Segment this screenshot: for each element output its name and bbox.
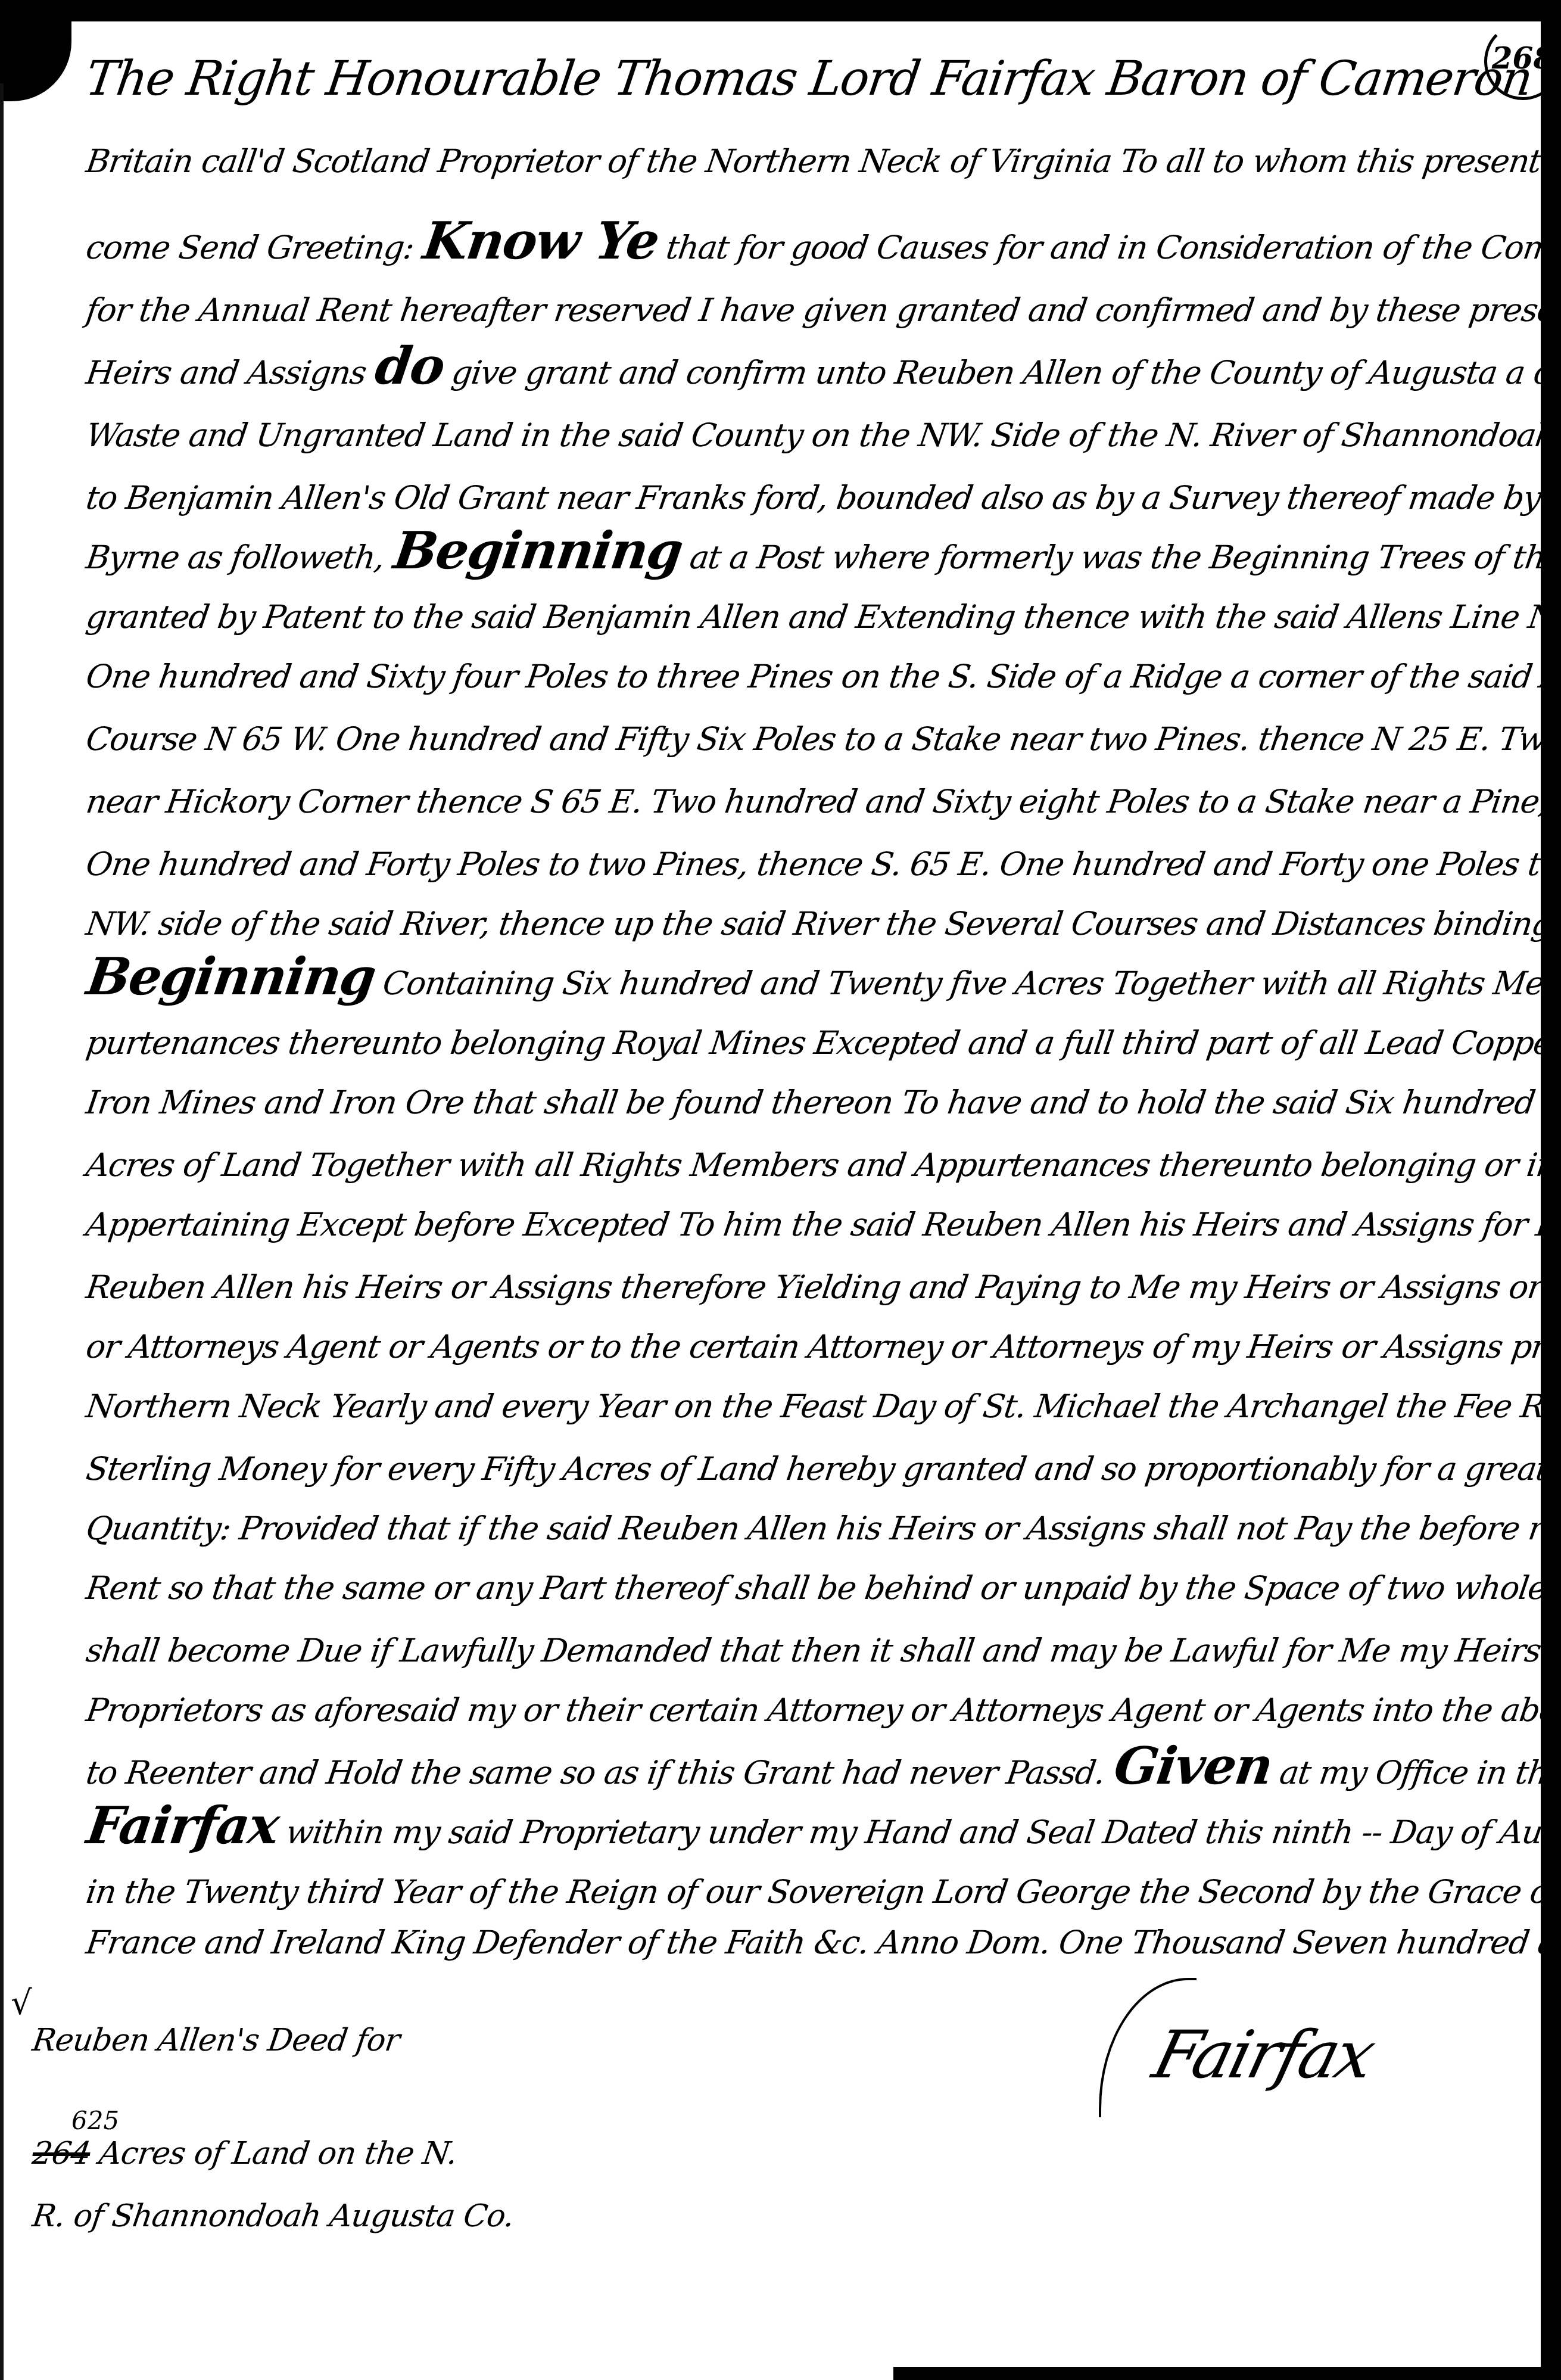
margin-note-line-2: 264 Acres of Land on the N. <box>30 2136 459 2171</box>
scan-left-border <box>0 83 4 2380</box>
text-line: near Hickory Corner thence S 65 E. Two h… <box>83 774 1519 823</box>
manuscript-page: 268 The Right Honourable Thomas Lord Fai… <box>0 0 1561 2380</box>
text-line: One hundred and Sixty four Poles to thre… <box>83 649 1519 698</box>
line-text: in the Twenty third Year of the Reign of… <box>84 1873 1561 1911</box>
line-text: Sterling Money for every Fifty Acres of … <box>84 1450 1561 1488</box>
line-text: Northern Neck Yearly and every Year on t… <box>84 1387 1561 1425</box>
text-line: for the Annual Rent hereafter reserved I… <box>83 283 1519 331</box>
line-text: that for good Causes for and in Consider… <box>655 229 1561 266</box>
emphasized-word: Fairfax <box>83 1796 282 1856</box>
line-text: near Hickory Corner thence S 65 E. Two h… <box>84 783 1561 820</box>
text-line: Acres of Land Together with all Rights M… <box>83 1138 1519 1186</box>
check-mark: √ <box>11 1984 32 2023</box>
scan-top-border <box>0 0 1561 21</box>
line-text: Quantity: Provided that if the said Reub… <box>84 1510 1561 1547</box>
line-text: at a Post where formerly was the Beginni… <box>678 539 1561 576</box>
text-line: Beginning Containing Six hundred and Twe… <box>83 956 1519 1004</box>
line-text: Waste and Ungranted Land in the said Cou… <box>84 416 1561 454</box>
text-line: Rent so that the same or any Part thereo… <box>83 1561 1519 1609</box>
line-text: or Attorneys Agent or Agents or to the c… <box>84 1328 1561 1365</box>
emphasized-word: do <box>372 336 448 396</box>
text-line: Sterling Money for every Fifty Acres of … <box>83 1442 1519 1490</box>
line-text: Reuben Allen his Heirs or Assigns theref… <box>84 1268 1561 1306</box>
line-text: Appertaining Except before Excepted To h… <box>84 1206 1561 1243</box>
text-line: or Attorneys Agent or Agents or to the c… <box>83 1320 1519 1368</box>
line-text: The Right Honourable Thomas Lord Fairfax <box>82 51 1098 106</box>
line-text: for the Annual Rent hereafter reserved I… <box>84 291 1561 329</box>
line-text: Britain call'd Scotland Proprietor of th… <box>84 142 1561 180</box>
text-line: Fairfax within my said Proprietary under… <box>83 1805 1519 1853</box>
line-text: Rent so that the same or any Part thereo… <box>84 1569 1561 1607</box>
text-line: France and Ireland King Defender of the … <box>83 1915 1519 1964</box>
line-text: to Reenter and Hold the same so as if th… <box>84 1754 1117 1791</box>
text-line: Heirs and Assigns do give grant and conf… <box>83 346 1519 394</box>
text-line: Quantity: Provided that if the said Reub… <box>83 1501 1519 1550</box>
line-text: Course N 65 W. One hundred and Fifty Six… <box>84 720 1561 758</box>
text-line: granted by Patent to the said Benjamin A… <box>83 590 1519 638</box>
signature-fairfax: Fairfax <box>1146 2017 1381 2093</box>
emphasized-word: Beginning <box>83 947 379 1007</box>
text-line: Course N 65 W. One hundred and Fifty Six… <box>83 712 1519 760</box>
text-line: The Right Honourable Thomas Lord Fairfax… <box>83 57 1519 99</box>
text-line: Iron Mines and Iron Ore that shall be fo… <box>83 1075 1519 1124</box>
margin-note-line-2-text: Acres of Land on the N. <box>88 2136 459 2171</box>
margin-note-inserted-acreage: 625 <box>71 2106 119 2135</box>
emphasized-word: Beginning <box>390 521 686 581</box>
line-text: give grant and confirm unto Reuben Allen… <box>440 354 1561 391</box>
line-text: Baron of Cameron in that Part of Great <box>1090 51 1561 106</box>
text-line: purtenances thereunto belonging Royal Mi… <box>83 1016 1519 1064</box>
emphasized-word: Know Ye <box>420 211 662 271</box>
line-text: Byrne as followeth, <box>84 539 396 576</box>
text-line: to Benjamin Allen's Old Grant near Frank… <box>83 471 1519 519</box>
line-text: purtenances thereunto belonging Royal Mi… <box>84 1024 1561 1062</box>
line-text: come Send Greeting: <box>84 229 426 266</box>
scan-corner-shadow <box>0 0 71 101</box>
struck-acreage: 264 <box>30 2136 93 2171</box>
line-text: shall become Due if Lawfully Demanded th… <box>84 1632 1561 1669</box>
line-text: within my said Proprietary under my Hand… <box>275 1813 1561 1851</box>
line-text: Proprietors as aforesaid my or their cer… <box>84 1691 1561 1729</box>
line-text: Acres of Land Together with all Rights M… <box>84 1146 1561 1184</box>
margin-note-line-1: Reuben Allen's Deed for <box>30 2023 402 2058</box>
text-line: Appertaining Except before Excepted To h… <box>83 1197 1519 1246</box>
line-text: Iron Mines and Iron Ore that shall be fo… <box>84 1084 1561 1121</box>
line-text: granted by Patent to the said Benjamin A… <box>84 598 1561 636</box>
line-text: Containing Six hundred and Twenty five A… <box>371 965 1561 1002</box>
text-line: come Send Greeting: Know Ye that for goo… <box>83 220 1519 269</box>
line-text: Heirs and Assigns <box>84 354 378 391</box>
text-line: Reuben Allen his Heirs or Assigns theref… <box>83 1260 1519 1308</box>
line-text: at my Office in the County of <box>1268 1754 1561 1791</box>
text-line: Britain call'd Scotland Proprietor of th… <box>83 134 1519 182</box>
text-line: Waste and Ungranted Land in the said Cou… <box>83 408 1519 456</box>
text-line: shall become Due if Lawfully Demanded th… <box>83 1623 1519 1672</box>
text-line: in the Twenty third Year of the Reign of… <box>83 1865 1519 1913</box>
line-text: NW. side of the said River, thence up th… <box>84 905 1561 942</box>
line-text: to Benjamin Allen's Old Grant near Frank… <box>84 479 1561 517</box>
emphasized-word: Given <box>1111 1736 1276 1796</box>
text-line: One hundred and Forty Poles to two Pines… <box>83 837 1519 885</box>
scan-bottom-border <box>893 2367 1561 2380</box>
text-line: to Reenter and Hold the same so as if th… <box>83 1746 1519 1794</box>
text-line: Byrne as followeth, Beginning at a Post … <box>83 530 1519 578</box>
line-text: One hundred and Forty Poles to two Pines… <box>84 845 1561 883</box>
text-line: Northern Neck Yearly and every Year on t… <box>83 1379 1519 1427</box>
line-text: One hundred and Sixty four Poles to thre… <box>84 658 1561 695</box>
text-line: Proprietors as aforesaid my or their cer… <box>83 1683 1519 1731</box>
line-text: France and Ireland King Defender of the … <box>84 1924 1561 1961</box>
margin-note-line-3: R. of Shannondoah Augusta Co. <box>30 2198 516 2234</box>
text-line: NW. side of the said River, thence up th… <box>83 897 1519 945</box>
